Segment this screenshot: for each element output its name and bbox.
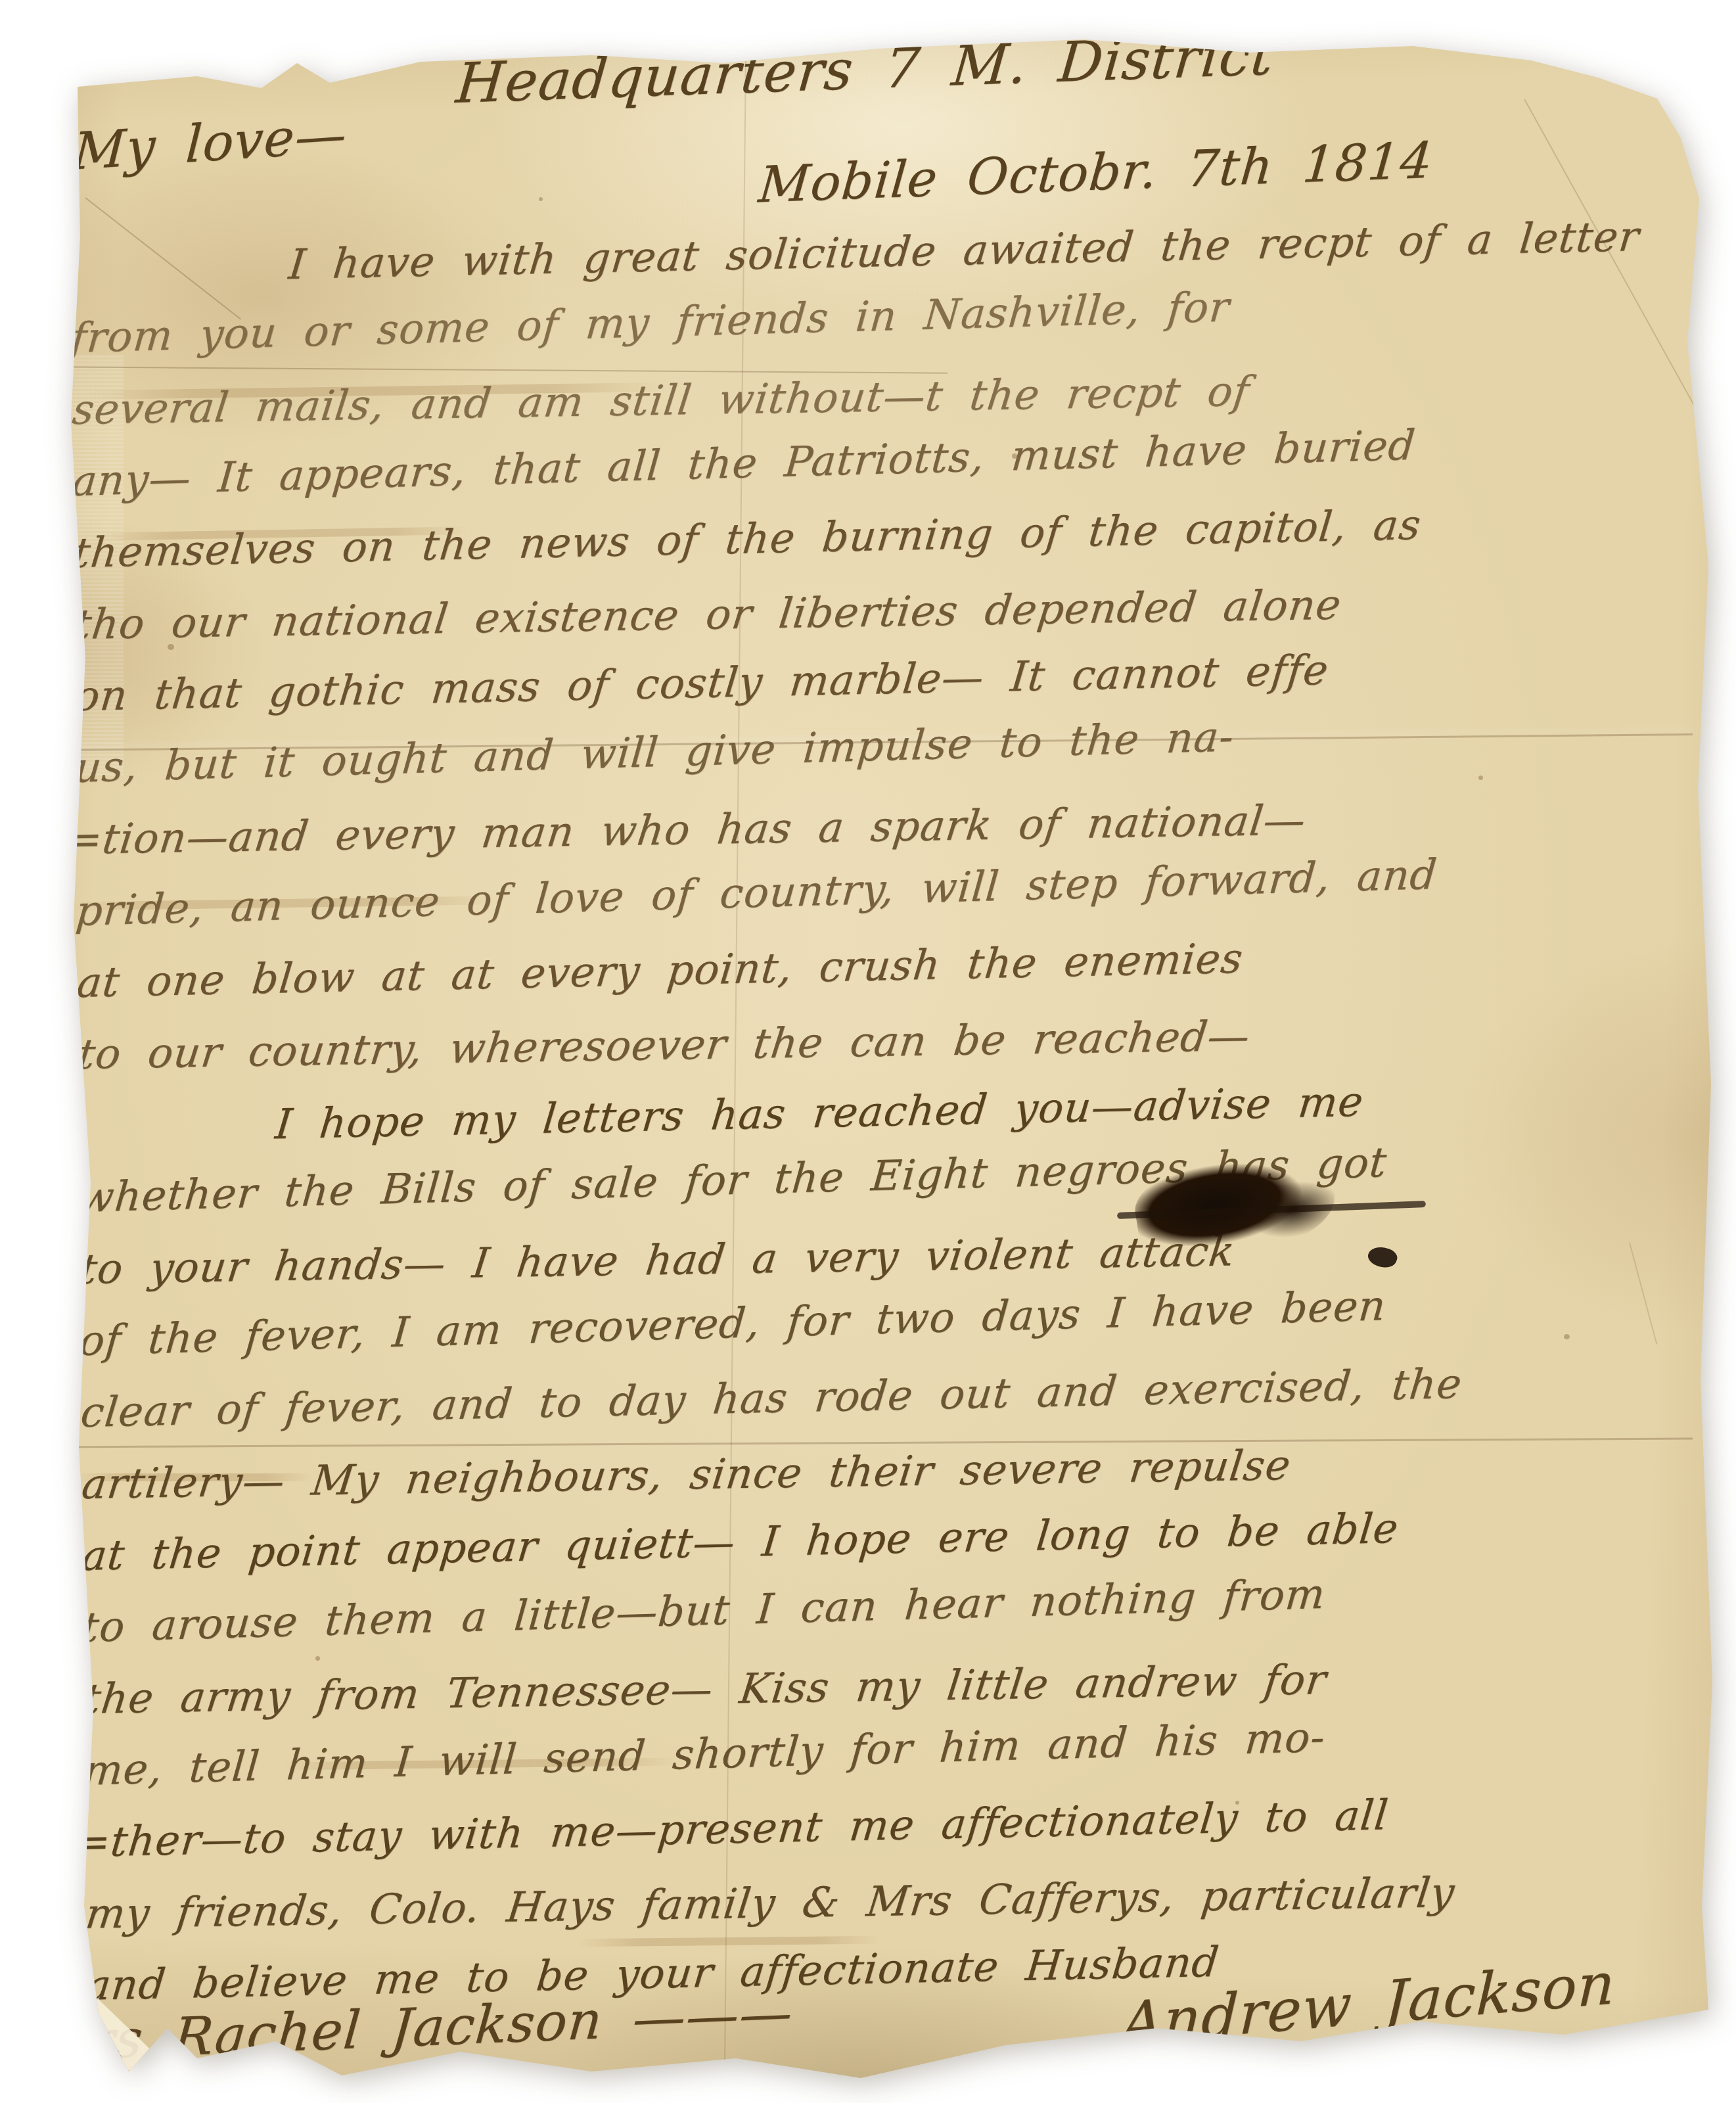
- fox-spot: [539, 197, 543, 201]
- letter-dateline: Mobile Octobr. 7th 1814: [755, 139, 1429, 214]
- letter-heading-text: Headquarters 7 M. District: [453, 22, 1277, 116]
- letter-salutation-text: My love—: [72, 105, 349, 182]
- signature-flourish: [1137, 2043, 1610, 2082]
- letter-salutation: My love—: [68, 108, 345, 182]
- letter-heading: Headquarters 7 M. District: [394, 32, 1328, 117]
- letter-body: I have with great solicitude awaited the…: [67, 220, 1693, 2025]
- letter-paper: Headquarters 7 M. District My love— Mobi…: [0, 0, 1736, 2103]
- scan-background: Headquarters 7 M. District My love— Mobi…: [0, 0, 1736, 2103]
- letter-dateline-text: Mobile Octobr. 7th 1814: [756, 131, 1435, 214]
- letter-paper-wrap: Headquarters 7 M. District My love— Mobi…: [0, 0, 1736, 2103]
